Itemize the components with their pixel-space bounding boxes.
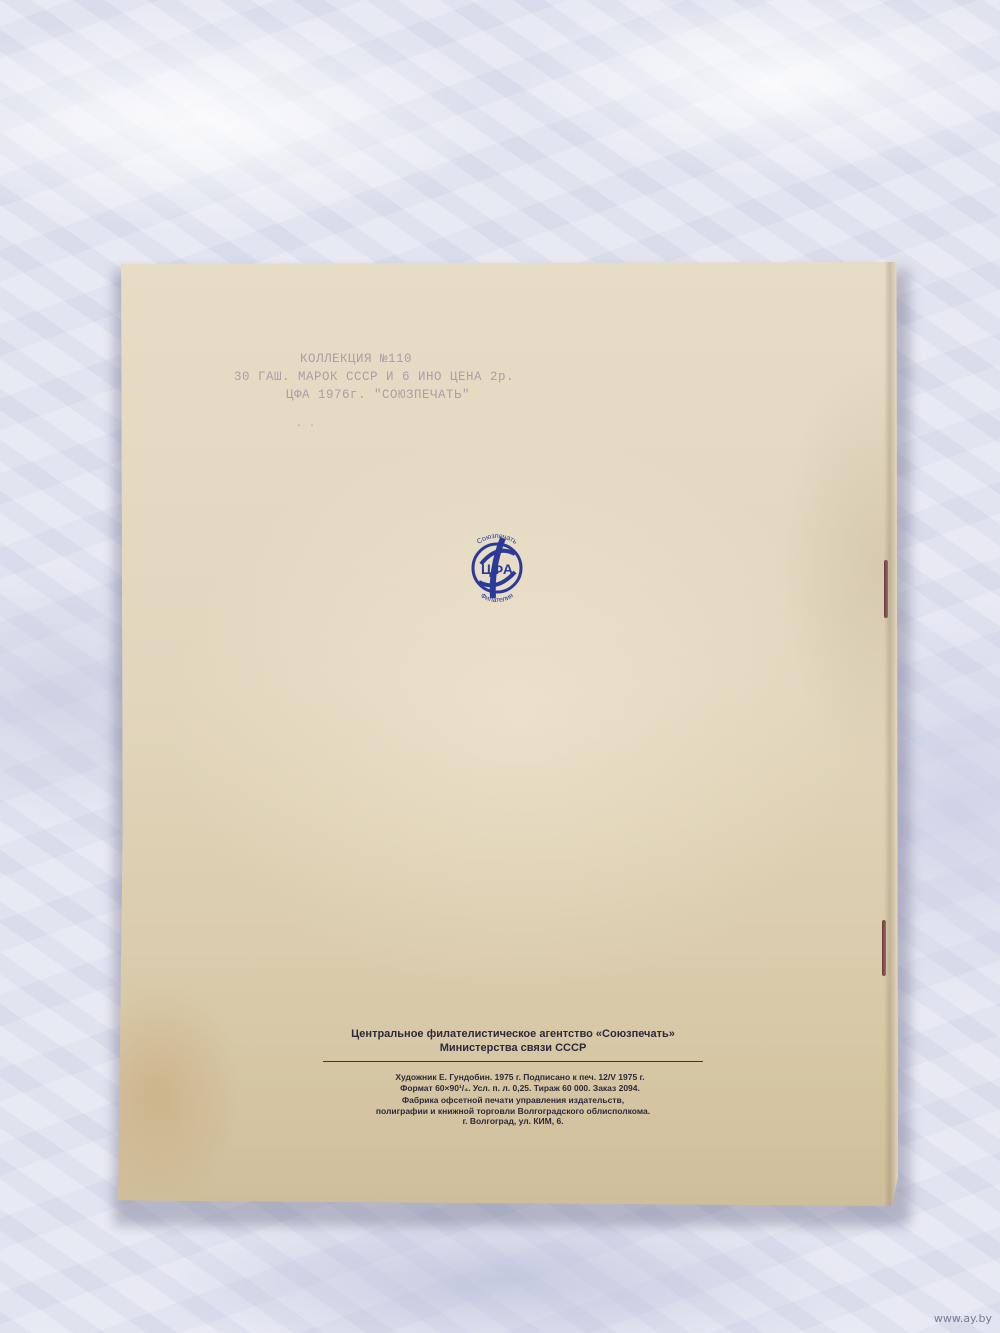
stamp-line-collection: КОЛЛЕКЦИЯ №110 bbox=[248, 350, 568, 368]
ink-stamp: КОЛЛЕКЦИЯ №110 30 ГАШ. МАРОК СССР И 6 ИН… bbox=[248, 350, 568, 434]
cfa-logo-icon: ЦФА Союзпечать Филателия bbox=[453, 524, 541, 612]
stamp-line-agency: ЦФА 1976г. "СОЮЗПЕЧАТЬ" bbox=[248, 386, 568, 404]
publisher-line-1: Центральное филателистическое агентство … bbox=[323, 1027, 703, 1041]
spine-fold bbox=[884, 262, 898, 1206]
logo-monogram: ЦФА bbox=[481, 561, 513, 577]
stamp-line-contents: 30 ГАШ. МАРОК СССР И 6 ИНО ЦЕНА 2р. bbox=[234, 368, 568, 386]
stamp-marks: . . bbox=[248, 416, 568, 434]
printer-line-3: г. Волгоград, ул. КИМ, 6. bbox=[323, 1116, 703, 1127]
printer-line-1: Фабрика офсетной печати управления издат… bbox=[323, 1095, 703, 1106]
site-watermark: www.ay.by bbox=[934, 1312, 992, 1325]
staple-bottom bbox=[882, 920, 886, 976]
booklet-back-cover: КОЛЛЕКЦИЯ №110 30 ГАШ. МАРОК СССР И 6 ИН… bbox=[118, 262, 898, 1206]
logo-ring-bottom: Филателия bbox=[479, 592, 515, 604]
printer-line-2: полиграфии и книжной торговли Волгоградс… bbox=[323, 1106, 703, 1117]
publisher-line-2: Министерства связи СССР bbox=[323, 1041, 703, 1055]
meta-line-1: Художник Е. Гундобин. 1975 г. Подписано … bbox=[323, 1072, 703, 1083]
publisher-imprint: Центральное филателистическое агентство … bbox=[323, 1027, 703, 1127]
imprint-divider bbox=[323, 1061, 703, 1062]
meta-line-2: Формат 60×90¹/₄. Усл. п. л. 0,25. Тираж … bbox=[323, 1083, 703, 1094]
svg-text:Филателия: Филателия bbox=[479, 592, 515, 604]
staple-top bbox=[884, 560, 888, 618]
